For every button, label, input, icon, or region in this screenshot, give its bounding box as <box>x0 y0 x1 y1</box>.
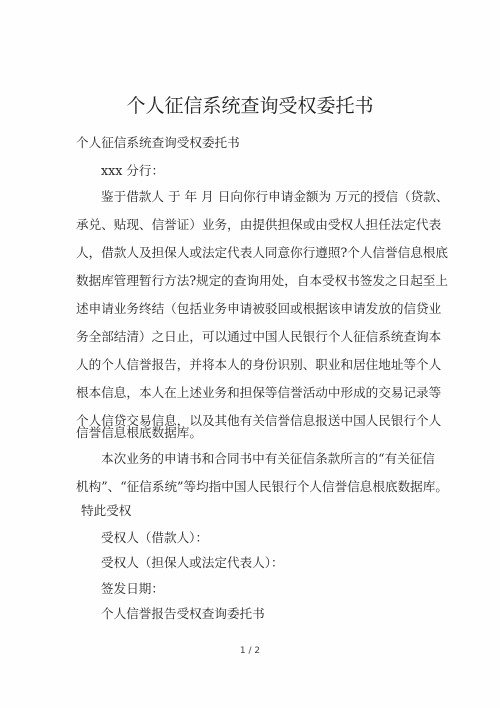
signature-line-borrower: 受权人（借款人）： <box>101 529 208 547</box>
signature-line-date: 签发日期： <box>101 580 164 598</box>
salutation: xxx 分行： <box>101 162 164 180</box>
paragraph1-line: 述申请业务终结（包括业务申请被驳回或根据该申请发放的信贷业 <box>76 300 441 318</box>
document-subtitle: 个人征信系统查询受权委托书 <box>76 134 240 152</box>
paragraph1-line: 人，借款人及担保人或法定代表人同意你行遵照?个人信誉信息根底 <box>76 244 448 262</box>
document-title: 个人征信系统查询受权委托书 <box>0 93 500 119</box>
paragraph1-line: 鉴于借款人 于 年 月 日向你行申请金额为 万元的授信（贷款、 <box>101 188 448 206</box>
paragraph1-line: 根本信息，本人在上述业务和担保等信誉活动中形成的交易记录等 <box>76 384 441 402</box>
closing-text: 特此受权 <box>81 502 131 520</box>
document-page: 个人征信系统查询受权委托书 个人征信系统查询受权委托书 xxx 分行： 鉴于借款… <box>0 0 500 708</box>
signature-line-guarantor: 受权人（担保人或法定代表人）： <box>101 554 284 572</box>
page-number: 1 / 2 <box>0 644 500 658</box>
paragraph2-line: 机构”、“征信系统”等均指中国人民银行个人信誉信息根底数据库。 <box>76 478 448 496</box>
paragraph1-line: 数据库管理暂行方法?规定的查询用处，自本受权书签发之日起至上 <box>76 272 448 290</box>
paragraph2-line: 本次业务的申请书和合同书中有关征信条款所言的“有关征信 <box>101 450 435 468</box>
paragraph1-line: 人的个人信誉报告，并将本人的身份识别、职业和居住地址等个人 <box>76 356 441 374</box>
paragraph1-line: 信誉信息根底数据库。 <box>76 424 202 442</box>
paragraph1-line: 承兑、贴现、信誉证）业务，由提供担保或由受权人担任法定代表 <box>76 216 441 234</box>
next-section-heading: 个人信誉报告受权查询委托书 <box>101 605 265 623</box>
paragraph1-line: 务全部结清）之日止，可以通过中国人民银行个人征信系统查询本 <box>76 328 441 346</box>
